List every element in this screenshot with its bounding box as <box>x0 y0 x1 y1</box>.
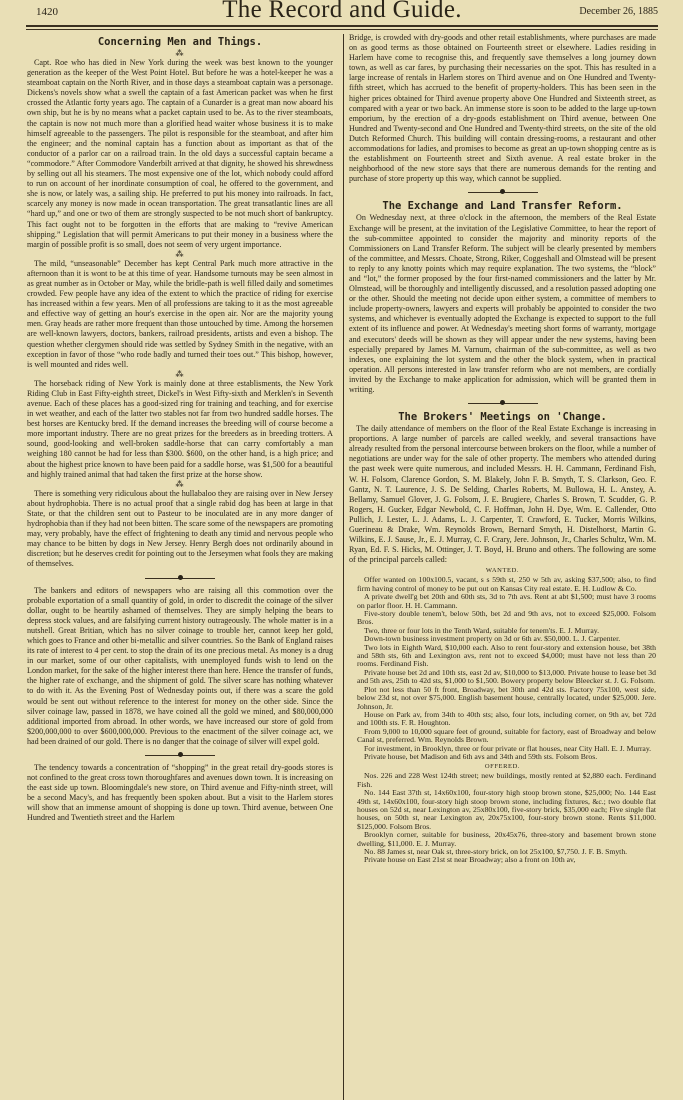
paragraph-gold-silver: The bankers and editors of newspapers wh… <box>27 586 333 748</box>
listing-item: Plot not less than 50 ft front, Broadway… <box>349 686 656 711</box>
ornament-divider <box>27 573 333 583</box>
listing-item: From 9,000 to 10,000 square feet of grou… <box>349 728 656 745</box>
asterism-icon: ⁂ <box>27 480 333 489</box>
listing-item: Private house, bet Madison and 6th avs a… <box>349 753 656 761</box>
asterism-icon: ⁂ <box>27 49 333 58</box>
listing-item: Brooklyn corner, suitable for business, … <box>349 831 656 848</box>
dot-icon <box>178 752 183 757</box>
paragraph-exchange: On Wednesday next, at three o'clock in t… <box>349 213 656 395</box>
issue-date: December 26, 1885 <box>579 6 658 17</box>
newspaper-title: The Record and Guide. <box>26 0 658 24</box>
paragraph-capt-roe: Capt. Roe who has died in New York durin… <box>27 58 333 250</box>
wanted-list: Offer wanted on 100x100.5, vacant, s s 5… <box>349 576 656 761</box>
masthead-rule <box>26 25 658 27</box>
paragraph-central-park: The mild, “unseasonable” December has ke… <box>27 259 333 370</box>
offered-list: Nos. 226 and 228 West 124th street; new … <box>349 772 656 864</box>
listing-item: No. 144 East 37th st, 14x60x100, four-st… <box>349 789 656 831</box>
paragraph-hydrophobia: There is something very ridiculous about… <box>27 489 333 570</box>
ornament-divider <box>349 187 656 197</box>
offered-heading: OFFERED. <box>349 762 656 771</box>
listing-item: A private dwell'g bet 20th and 60th sts,… <box>349 593 656 610</box>
section-title-exchange: The Exchange and Land Transfer Reform. <box>349 200 656 212</box>
listing-item: Five-story double tenem't, below 50th, b… <box>349 610 656 627</box>
listing-item: House on Park av, from 34th to 40th sts;… <box>349 711 656 728</box>
masthead-rule-thin <box>26 29 658 30</box>
paragraph-horseback-riding: The horseback riding of New York is main… <box>27 379 333 480</box>
listing-item: Nos. 226 and 228 West 124th street; new … <box>349 772 656 789</box>
column-divider <box>343 34 344 1100</box>
listing-item: Offer wanted on 100x100.5, vacant, s s 5… <box>349 576 656 593</box>
section-title-concerning-men: Concerning Men and Things. <box>27 36 333 48</box>
listing-item: Private house bet 2d and 10th sts, east … <box>349 669 656 686</box>
right-column: Bridge, is crowded with dry-goods and ot… <box>349 33 656 865</box>
paragraph-brokers: The daily attendance of members on the f… <box>349 424 656 565</box>
section-title-brokers: The Brokers' Meetings on 'Change. <box>349 411 656 423</box>
left-column: Concerning Men and Things. ⁂ Capt. Roe w… <box>27 33 333 824</box>
masthead: 1420 The Record and Guide. December 26, … <box>26 0 658 24</box>
ornament-divider <box>349 398 656 408</box>
dot-icon <box>500 189 505 194</box>
asterism-icon: ⁂ <box>27 370 333 379</box>
listing-item: Private house on East 21st st near Broad… <box>349 856 656 864</box>
dot-icon <box>500 400 505 405</box>
dot-icon <box>178 575 183 580</box>
paragraph-shopping: The tendency towards a concentration of … <box>27 763 333 824</box>
paragraph-harlem-continued: Bridge, is crowded with dry-goods and ot… <box>349 33 656 184</box>
asterism-icon: ⁂ <box>27 250 333 259</box>
ornament-divider <box>27 750 333 760</box>
listing-item: Two lots in Eighth Ward, $10,000 each. A… <box>349 644 656 669</box>
wanted-heading: WANTED. <box>349 566 656 575</box>
